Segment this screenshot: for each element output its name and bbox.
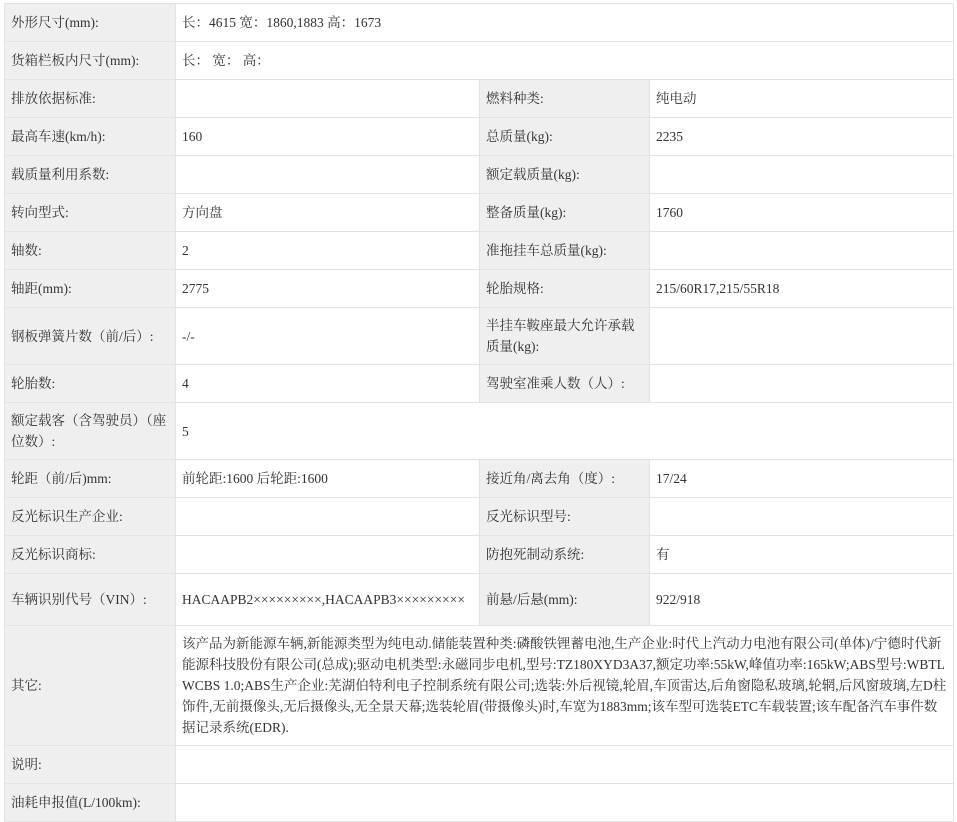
- row-label: 整备质量(kg):: [480, 194, 650, 232]
- row-label: 轴数:: [5, 232, 176, 270]
- row-value: [650, 308, 954, 365]
- vehicle-spec-table: 外形尺寸(mm): 长：4615 宽：1860,1883 高：1673 货箱栏板…: [4, 3, 954, 815]
- table-row: 钢板弹簧片数（前/后）: -/- 半挂车鞍座最大允许承载质量(kg):: [5, 308, 954, 365]
- row-label: 转向型式:: [5, 194, 176, 232]
- row-value: [650, 365, 954, 403]
- row-label: 反光标识型号:: [480, 498, 650, 536]
- table-row: 额定载客（含驾驶员）（座位数）: 5: [5, 403, 954, 460]
- table-row: 轴距(mm): 2775 轮胎规格: 215/60R17,215/55R18: [5, 270, 954, 308]
- row-label: 半挂车鞍座最大允许承载质量(kg):: [480, 308, 650, 365]
- row-label: 反光标识商标:: [5, 536, 176, 574]
- row-value: -/-: [176, 308, 480, 365]
- row-label: 轮胎数:: [5, 365, 176, 403]
- row-value: 1760: [650, 194, 954, 232]
- row-label: 外形尺寸(mm):: [5, 4, 176, 42]
- table-row: 反光标识生产企业: 反光标识型号:: [5, 498, 954, 536]
- row-value: [176, 156, 480, 194]
- row-value: [176, 80, 480, 118]
- row-label: 燃料种类:: [480, 80, 650, 118]
- row-value: [650, 232, 954, 270]
- table-row: 反光标识商标: 防抱死制动系统: 有: [5, 536, 954, 574]
- table-row: 车辆识别代号（VIN）: HACAAPB2×××××××××,HACAAPB3×…: [5, 574, 954, 626]
- row-label: 最高车速(km/h):: [5, 118, 176, 156]
- row-value: 5: [176, 403, 954, 460]
- table-row: 排放依据标准: 燃料种类: 纯电动: [5, 80, 954, 118]
- row-value: 2: [176, 232, 480, 270]
- row-value: 该产品为新能源车辆,新能源类型为纯电动.储能装置种类:磷酸铁锂蓄电池,生产企业:…: [176, 626, 954, 746]
- table-row: 说明:: [5, 746, 954, 784]
- row-label: 钢板弹簧片数（前/后）:: [5, 308, 176, 365]
- table-row: 货箱栏板内尺寸(mm): 长： 宽： 高：: [5, 42, 954, 80]
- row-value: 前轮距:1600 后轮距:1600: [176, 460, 480, 498]
- row-label: 轮胎规格:: [480, 270, 650, 308]
- row-label: 额定载客（含驾驶员）（座位数）:: [5, 403, 176, 460]
- row-label: 轴距(mm):: [5, 270, 176, 308]
- table-row: 外形尺寸(mm): 长：4615 宽：1860,1883 高：1673: [5, 4, 954, 42]
- row-label: 排放依据标准:: [5, 80, 176, 118]
- row-label: 总质量(kg):: [480, 118, 650, 156]
- row-label: 驾驶室准乘人数（人）:: [480, 365, 650, 403]
- row-label: 载质量利用系数:: [5, 156, 176, 194]
- row-value: 纯电动: [650, 80, 954, 118]
- row-value: 长： 宽： 高：: [176, 42, 954, 80]
- row-value: 4: [176, 365, 480, 403]
- table-row: 其它: 该产品为新能源车辆,新能源类型为纯电动.储能装置种类:磷酸铁锂蓄电池,生…: [5, 626, 954, 746]
- row-value: 方向盘: [176, 194, 480, 232]
- row-label: 前悬/后悬(mm):: [480, 574, 650, 626]
- row-label: 说明:: [5, 746, 176, 784]
- table-row: 轮胎数: 4 驾驶室准乘人数（人）:: [5, 365, 954, 403]
- row-value: HACAAPB2×××××××××,HACAAPB3×××××××××: [176, 574, 480, 626]
- table-row: 油耗申报值(L/100km):: [5, 784, 954, 816]
- table-row: 载质量利用系数: 额定载质量(kg):: [5, 156, 954, 194]
- row-value: [176, 784, 954, 816]
- row-label: 油耗申报值(L/100km):: [5, 784, 176, 816]
- row-value: [176, 536, 480, 574]
- row-value: 215/60R17,215/55R18: [650, 270, 954, 308]
- table-row: 最高车速(km/h): 160 总质量(kg): 2235: [5, 118, 954, 156]
- table-row: 轮距（前/后)mm: 前轮距:1600 后轮距:1600 接近角/离去角（度）:…: [5, 460, 954, 498]
- row-value: 长：4615 宽：1860,1883 高：1673: [176, 4, 954, 42]
- row-value: 17/24: [650, 460, 954, 498]
- row-value: [176, 498, 480, 536]
- row-value: 有: [650, 536, 954, 574]
- row-value: [176, 746, 954, 784]
- row-value: 2235: [650, 118, 954, 156]
- row-label: 轮距（前/后)mm:: [5, 460, 176, 498]
- row-label: 准拖挂车总质量(kg):: [480, 232, 650, 270]
- row-label: 接近角/离去角（度）:: [480, 460, 650, 498]
- row-label: 反光标识生产企业:: [5, 498, 176, 536]
- row-value: 160: [176, 118, 480, 156]
- row-value: 2775: [176, 270, 480, 308]
- row-value: [650, 156, 954, 194]
- row-label: 防抱死制动系统:: [480, 536, 650, 574]
- row-label: 货箱栏板内尺寸(mm):: [5, 42, 176, 80]
- row-value: 922/918: [650, 574, 954, 626]
- row-label: 其它:: [5, 626, 176, 746]
- row-value: [650, 498, 954, 536]
- table-row: 轴数: 2 准拖挂车总质量(kg):: [5, 232, 954, 270]
- row-label: 车辆识别代号（VIN）:: [5, 574, 176, 626]
- row-label: 额定载质量(kg):: [480, 156, 650, 194]
- table-row: 转向型式: 方向盘 整备质量(kg): 1760: [5, 194, 954, 232]
